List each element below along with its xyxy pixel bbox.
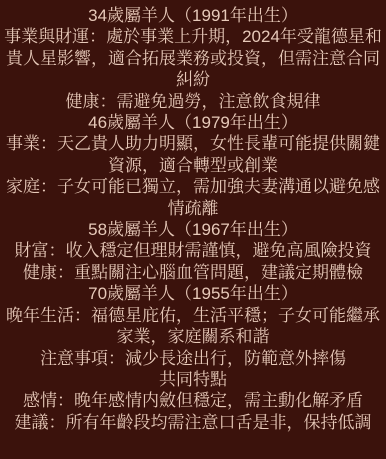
age-group-title: 70歲屬羊人（1955年出生） — [4, 283, 382, 304]
fortune-item: 家庭：子女可能已獨立，需加強夫妻溝通以避免感情疏離 — [4, 176, 382, 219]
common-traits-title: 共同特點 — [4, 369, 382, 390]
age-group-section-46: 46歲屬羊人（1979年出生） 事業：天乙貴人助力明顯，女性長輩可能提供關鍵資源… — [4, 112, 382, 219]
age-group-section-58: 58歲屬羊人（1967年出生） 財富：收入穩定但理財需謹慎，避免高風險投資 健康… — [4, 219, 382, 283]
fortune-item: 事業與財運：處於事業上升期，2024年受龍德星和貴人星影響，適合拓展業務或投資，… — [4, 26, 382, 90]
fortune-item: 晚年生活：福德星庇佑，生活平穩；子女可能繼承家業，家庭關系和諧 — [4, 305, 382, 348]
age-group-title: 46歲屬羊人（1979年出生） — [4, 112, 382, 133]
age-group-section-34: 34歲屬羊人（1991年出生） 事業與財運：處於事業上升期，2024年受龍德星和… — [4, 5, 382, 112]
fortune-item: 建議：所有年齡段均需注意口舌是非，保持低調 — [4, 412, 382, 433]
age-group-title: 58歲屬羊人（1967年出生） — [4, 219, 382, 240]
fortune-reading-panel: 34歲屬羊人（1991年出生） 事業與財運：處於事業上升期，2024年受龍德星和… — [0, 0, 386, 433]
common-traits-section: 共同特點 感情：晚年感情内斂但穩定，需主動化解矛盾 建議：所有年齡段均需注意口舌… — [4, 369, 382, 433]
fortune-item: 健康：需避免過勞，注意飲食規律 — [4, 91, 382, 112]
age-group-title: 34歲屬羊人（1991年出生） — [4, 5, 382, 26]
fortune-item: 感情：晚年感情内斂但穩定，需主動化解矛盾 — [4, 390, 382, 411]
age-group-section-70: 70歲屬羊人（1955年出生） 晚年生活：福德星庇佑，生活平穩；子女可能繼承家業… — [4, 283, 382, 369]
fortune-item: 事業：天乙貴人助力明顯，女性長輩可能提供關鍵資源，適合轉型或創業 — [4, 133, 382, 176]
fortune-item: 財富：收入穩定但理財需謹慎，避免高風險投資 — [4, 240, 382, 261]
fortune-item: 健康：重點關注心腦血管問題，建議定期體檢 — [4, 262, 382, 283]
fortune-item: 注意事項：減少長途出行，防範意外摔傷 — [4, 348, 382, 369]
